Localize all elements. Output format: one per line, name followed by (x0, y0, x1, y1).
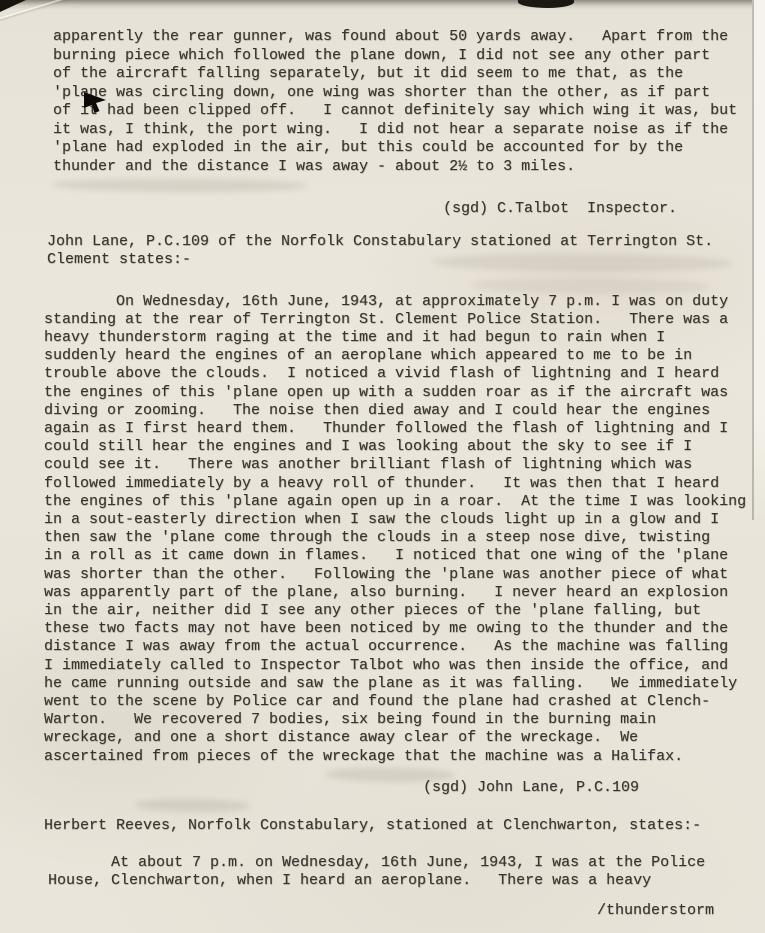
mouse-cursor-icon (84, 91, 108, 114)
text-line: heavy thunderstorm raging at the time an… (44, 329, 765, 347)
text-line: wreckage, and one a short distance away … (44, 729, 765, 747)
text-line: could still hear the engines and I was l… (44, 438, 765, 456)
text-line: On Wednesday, 16th June, 1943, at approx… (44, 293, 765, 311)
text-line: Herbert Reeves, Norfolk Constabulary, st… (44, 817, 765, 836)
text-line: of the aircraft falling separately, but … (53, 65, 765, 84)
text-line: then saw the 'plane come through the clo… (44, 529, 765, 547)
talbot-signature-line: (sgd) C.Talbot Inspector. (443, 200, 765, 219)
text-line: Warton. We recovered 7 bodies, six being… (44, 711, 765, 729)
text-line: House, Clenchwarton, when I heard an aer… (48, 872, 765, 891)
text-line: I immediately called to Inspector Talbot… (44, 657, 765, 675)
text-line: trouble above the clouds. I noticed a vi… (44, 365, 765, 383)
text-line: again as I first heard them. Thunder fol… (44, 420, 765, 438)
text-line: Clement states:- (47, 251, 765, 270)
text-line: the engines of this 'plane again open up… (44, 493, 765, 511)
page-catchword: /thunderstorm (597, 902, 765, 921)
text-line: 'plane had exploded in the air, but this… (53, 139, 765, 158)
text-line: apparently the rear gunner, was found ab… (53, 28, 765, 47)
lane-statement-heading: John Lane, P.C.109 of the Norfolk Consta… (47, 233, 765, 270)
text-line: in a roll as it came down in flames. I n… (44, 547, 765, 565)
scanned-document-page: { "page": { "paper_color": "#e9e5db", "i… (0, 0, 765, 933)
text-line: he came running outside and saw the plan… (44, 675, 765, 693)
text-line: the engines of this 'plane open up with … (44, 384, 765, 402)
text-line: burning piece which followed the plane d… (53, 47, 765, 66)
text-line: thunder and the distance I was away - ab… (53, 158, 765, 177)
text-line: distance I was away from the actual occu… (44, 638, 765, 656)
text-line: went to the scene by Police car and foun… (44, 693, 765, 711)
text-line: was shorter than the other. Following th… (44, 566, 765, 584)
reeves-statement-paragraph: At about 7 p.m. on Wednesday, 16th June,… (48, 854, 765, 891)
text-line: suddenly heard the engines of an aeropla… (44, 347, 765, 365)
text-line: in a sout-easterly direction when I saw … (44, 511, 765, 529)
text-line: standing at the rear of Terrington St. C… (44, 311, 765, 329)
talbot-statement-paragraph: apparently the rear gunner, was found ab… (53, 28, 765, 176)
text-line: could see it. There was another brillian… (44, 456, 765, 474)
text-line: it was, I think, the port wing. I did no… (53, 121, 765, 140)
lane-signature-line: (sgd) John Lane, P.C.109 (423, 779, 765, 798)
text-line: of it had been clipped off. I cannot def… (53, 102, 765, 121)
lane-statement-paragraph: On Wednesday, 16th June, 1943, at approx… (44, 293, 765, 766)
text-line: these two facts may not have been notice… (44, 620, 765, 638)
text-line: ascertained from pieces of the wreckage … (44, 748, 765, 766)
text-line: was apparently part of the plane, also b… (44, 584, 765, 602)
text-line: 'plane was circling down, one wing was s… (53, 84, 765, 103)
typewritten-text-area: apparently the rear gunner, was found ab… (0, 0, 765, 933)
text-line: John Lane, P.C.109 of the Norfolk Consta… (47, 233, 765, 252)
text-line: followed immediately by a heavy roll of … (44, 475, 765, 493)
text-line: in the air, neither did I see any other … (44, 602, 765, 620)
text-line: At about 7 p.m. on Wednesday, 16th June,… (48, 854, 765, 873)
text-line: diving or zooming. The noise then died a… (44, 402, 765, 420)
reeves-statement-heading: Herbert Reeves, Norfolk Constabulary, st… (44, 817, 765, 836)
